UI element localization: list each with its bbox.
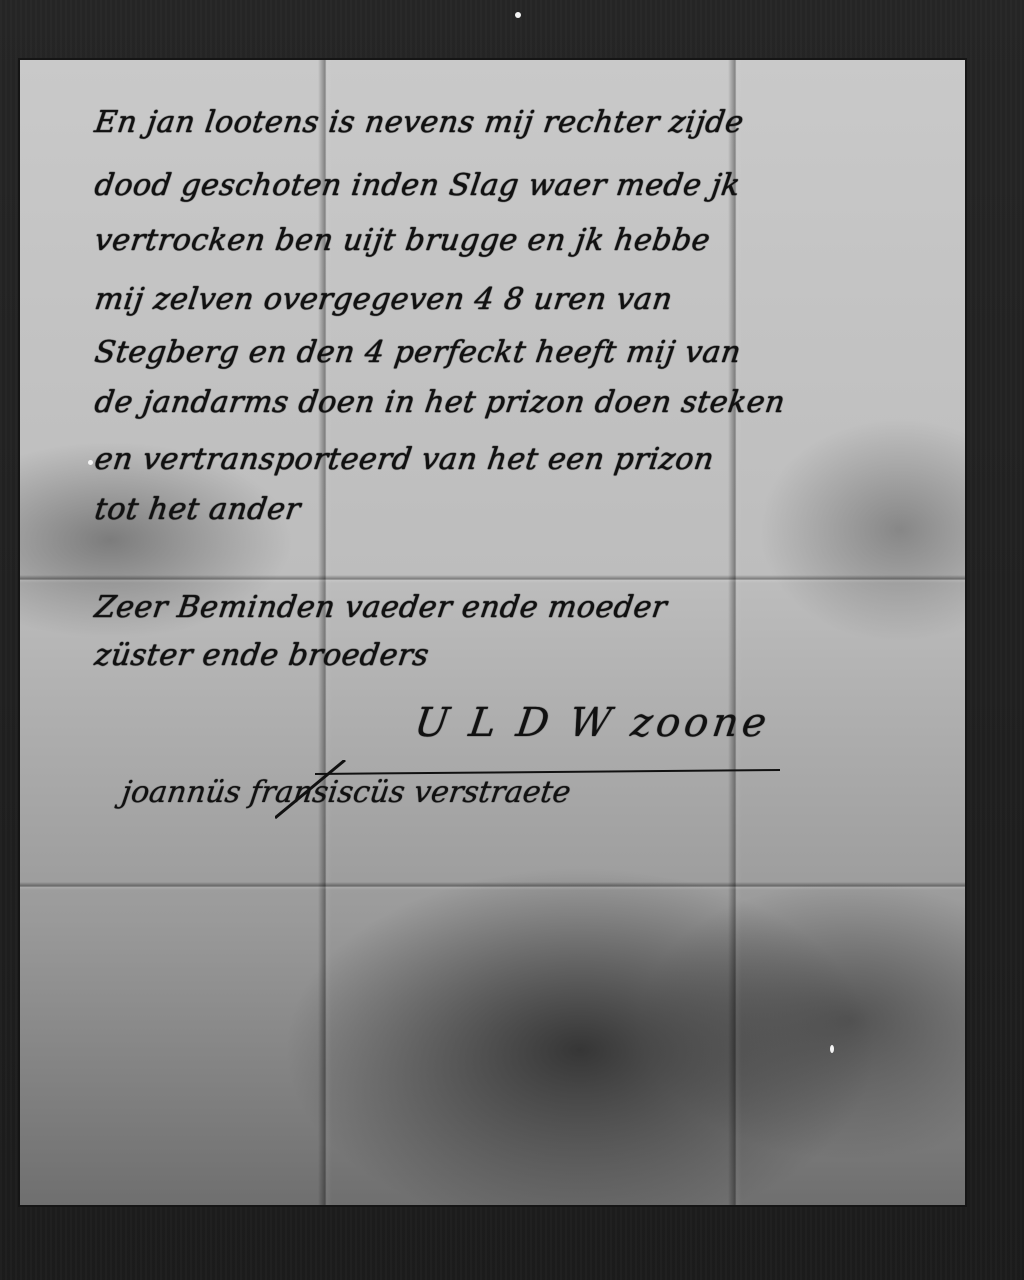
body-line: tot het ander [93,492,303,527]
dust-speck [88,460,93,465]
dust-speck [515,12,521,18]
horizontal-fold-lower [20,882,965,890]
horizontal-fold-upper [20,575,965,583]
body-line: de jandarms doen in het prizon doen stek… [93,385,788,420]
closing-line: Zeer Beminden vaeder ende moeder [93,590,670,625]
signature-initials: U L D W zoone [412,700,773,746]
body-line: en vertransporteerd van het een prizon [93,442,717,477]
closing-line: züster ende broeders [93,638,432,673]
body-line: mij zelven overgegeven 4 8 uren van [93,282,675,317]
body-line: vertrocken ben uijt brugge en jk hebbe [93,223,713,258]
letter-page: En jan lootens is nevens mij rechter zij… [20,60,965,1205]
vertical-fold-right [728,60,742,1205]
dust-speck [830,1045,834,1053]
body-line: Stegberg en den 4 perfeckt heeft mij van [93,335,744,370]
signature-name: joannüs fransiscüs verstraete [120,775,573,810]
body-line: dood geschoten inden Slag waer mede jk [93,168,743,203]
body-line: En jan lootens is nevens mij rechter zij… [93,105,747,140]
